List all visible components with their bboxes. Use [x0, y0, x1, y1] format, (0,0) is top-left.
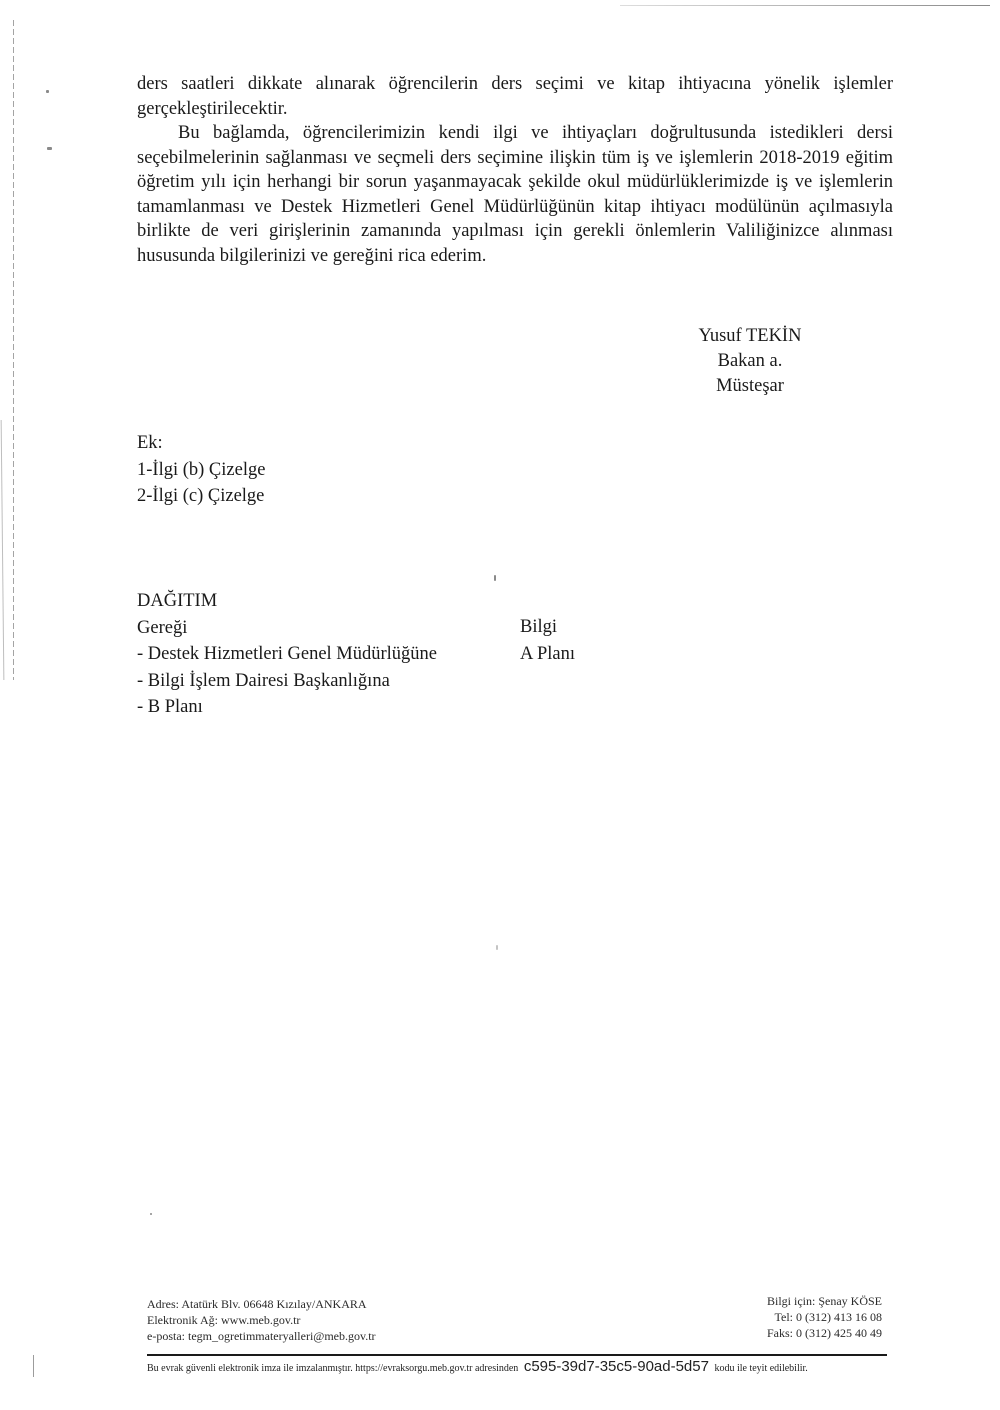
body-paragraph-2: Bu bağlamda, öğrencilerimizin kendi ilgi…	[137, 121, 893, 268]
body-line: gerçekleştirilecektir.	[137, 97, 893, 122]
scan-speck	[496, 945, 498, 950]
footer-contact-block: Bilgi için: Şenay KÖSE Tel: 0 (312) 413 …	[700, 1293, 882, 1341]
distribution-action-label: Gereği	[137, 615, 437, 642]
distribution-info-block: Bilgi A Planı	[520, 614, 575, 667]
scan-speck	[46, 90, 49, 93]
distribution-info-label: Bilgi	[520, 614, 575, 641]
footer-contact-person: Bilgi için: Şenay KÖSE	[700, 1293, 882, 1309]
footer-divider	[147, 1354, 887, 1356]
body-paragraph-text: Bu bağlamda, öğrencilerimizin kendi ilgi…	[137, 121, 893, 268]
attachments-block: Ek: 1-İlgi (b) Çizelge 2-İlgi (c) Çizelg…	[137, 430, 265, 510]
signature-block: Yusuf TEKİN Bakan a. Müsteşar	[680, 324, 820, 399]
verify-prefix: Bu evrak güvenli elektronik imza ile imz…	[147, 1363, 518, 1374]
scan-speck	[150, 1213, 152, 1215]
attachment-item: 2-İlgi (c) Çizelge	[137, 483, 265, 510]
scan-artifact-left-edge-2	[1, 420, 5, 680]
attachments-label: Ek:	[137, 430, 265, 457]
attachment-item: 1-İlgi (b) Çizelge	[137, 457, 265, 484]
body-line: ders saatleri dikkate alınarak öğrencile…	[137, 72, 893, 97]
footer-email: e-posta: tegm_ogretimmateryalleri@meb.go…	[147, 1328, 376, 1344]
verify-suffix: kodu ile teyit edilebilir.	[714, 1363, 807, 1374]
scan-artifact-left-edge	[13, 20, 14, 680]
distribution-action-item: - B Planı	[137, 694, 437, 721]
distribution-block: DAĞITIM Gereği - Destek Hizmetleri Genel…	[137, 588, 437, 721]
e-signature-verification-line: Bu evrak güvenli elektronik imza ile imz…	[147, 1359, 892, 1377]
scan-speck	[494, 575, 496, 581]
scan-speck	[47, 147, 52, 150]
footer-phone: Tel: 0 (312) 413 16 08	[700, 1309, 882, 1325]
signer-on-behalf: Bakan a.	[680, 349, 820, 374]
distribution-info-item: A Planı	[520, 641, 575, 668]
body-paragraph-1: ders saatleri dikkate alınarak öğrencile…	[137, 72, 893, 121]
distribution-title: DAĞITIM	[137, 588, 437, 615]
signer-title: Müsteşar	[680, 374, 820, 399]
footer-address-block: Adres: Atatürk Blv. 06648 Kızılay/ANKARA…	[147, 1296, 376, 1344]
signer-name: Yusuf TEKİN	[680, 324, 820, 349]
document-page: ders saatleri dikkate alınarak öğrencile…	[0, 0, 1000, 1410]
scan-artifact-bottom-mark	[33, 1355, 34, 1377]
distribution-action-item: - Destek Hizmetleri Genel Müdürlüğüne	[137, 641, 437, 668]
footer-address: Adres: Atatürk Blv. 06648 Kızılay/ANKARA	[147, 1296, 376, 1312]
verify-code: c595-39d7-35c5-90ad-5d57	[521, 1358, 712, 1375]
footer-web: Elektronik Ağ: www.meb.gov.tr	[147, 1312, 376, 1328]
scan-artifact-top-line	[620, 5, 990, 6]
distribution-action-item: - Bilgi İşlem Dairesi Başkanlığına	[137, 668, 437, 695]
footer-fax: Faks: 0 (312) 425 40 49	[700, 1325, 882, 1341]
